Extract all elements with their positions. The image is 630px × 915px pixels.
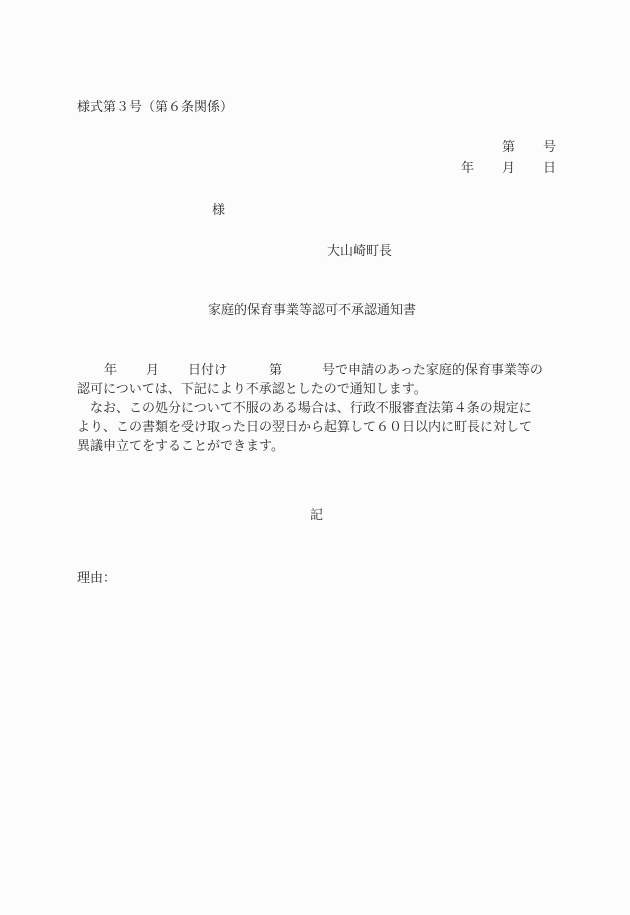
application-day: 日付け xyxy=(188,361,227,380)
application-year: 年 xyxy=(104,361,117,380)
application-month: 月 xyxy=(146,361,159,380)
issue-number-prefix: 第 xyxy=(502,139,515,157)
ki-heading: 記 xyxy=(310,507,323,525)
application-number-prefix: 第 xyxy=(269,361,282,380)
body-text: 年 月 日付け 第 号で申請のあった家庭的保育事業等の 認可については、下記によ… xyxy=(77,361,555,456)
issue-number-suffix: 号 xyxy=(543,139,556,157)
body-line-5: 異議申立てをすることができます。 xyxy=(77,437,555,456)
recipient-suffix: 様 xyxy=(212,202,225,220)
body-line-1: 年 月 日付け 第 号で申請のあった家庭的保育事業等の xyxy=(77,361,555,380)
issue-date-day: 日 xyxy=(543,160,556,178)
issue-date-row: 年 月 日 xyxy=(0,160,630,178)
issue-number-row: 第 号 xyxy=(0,139,630,157)
issue-date-year: 年 xyxy=(461,160,474,178)
form-number: 様式第３号（第６条関係） xyxy=(77,99,233,117)
reason-label: 理由： xyxy=(77,570,116,588)
body-line-1-rest: 号で申請のあった家庭的保育事業等の xyxy=(322,361,543,380)
body-line-4: より、この書類を受け取った日の翌日から起算して６０日以内に町長に対して xyxy=(77,418,555,437)
body-line-3: なお、この処分について不服のある場合は、行政不服審査法第４条の規定に xyxy=(77,399,555,418)
sender-name: 大山崎町長 xyxy=(327,243,392,261)
body-line-2: 認可については、下記により不承認としたので通知します。 xyxy=(77,380,555,399)
document-title: 家庭的保育事業等認可不承認通知書 xyxy=(208,302,416,320)
issue-date-month: 月 xyxy=(502,160,515,178)
